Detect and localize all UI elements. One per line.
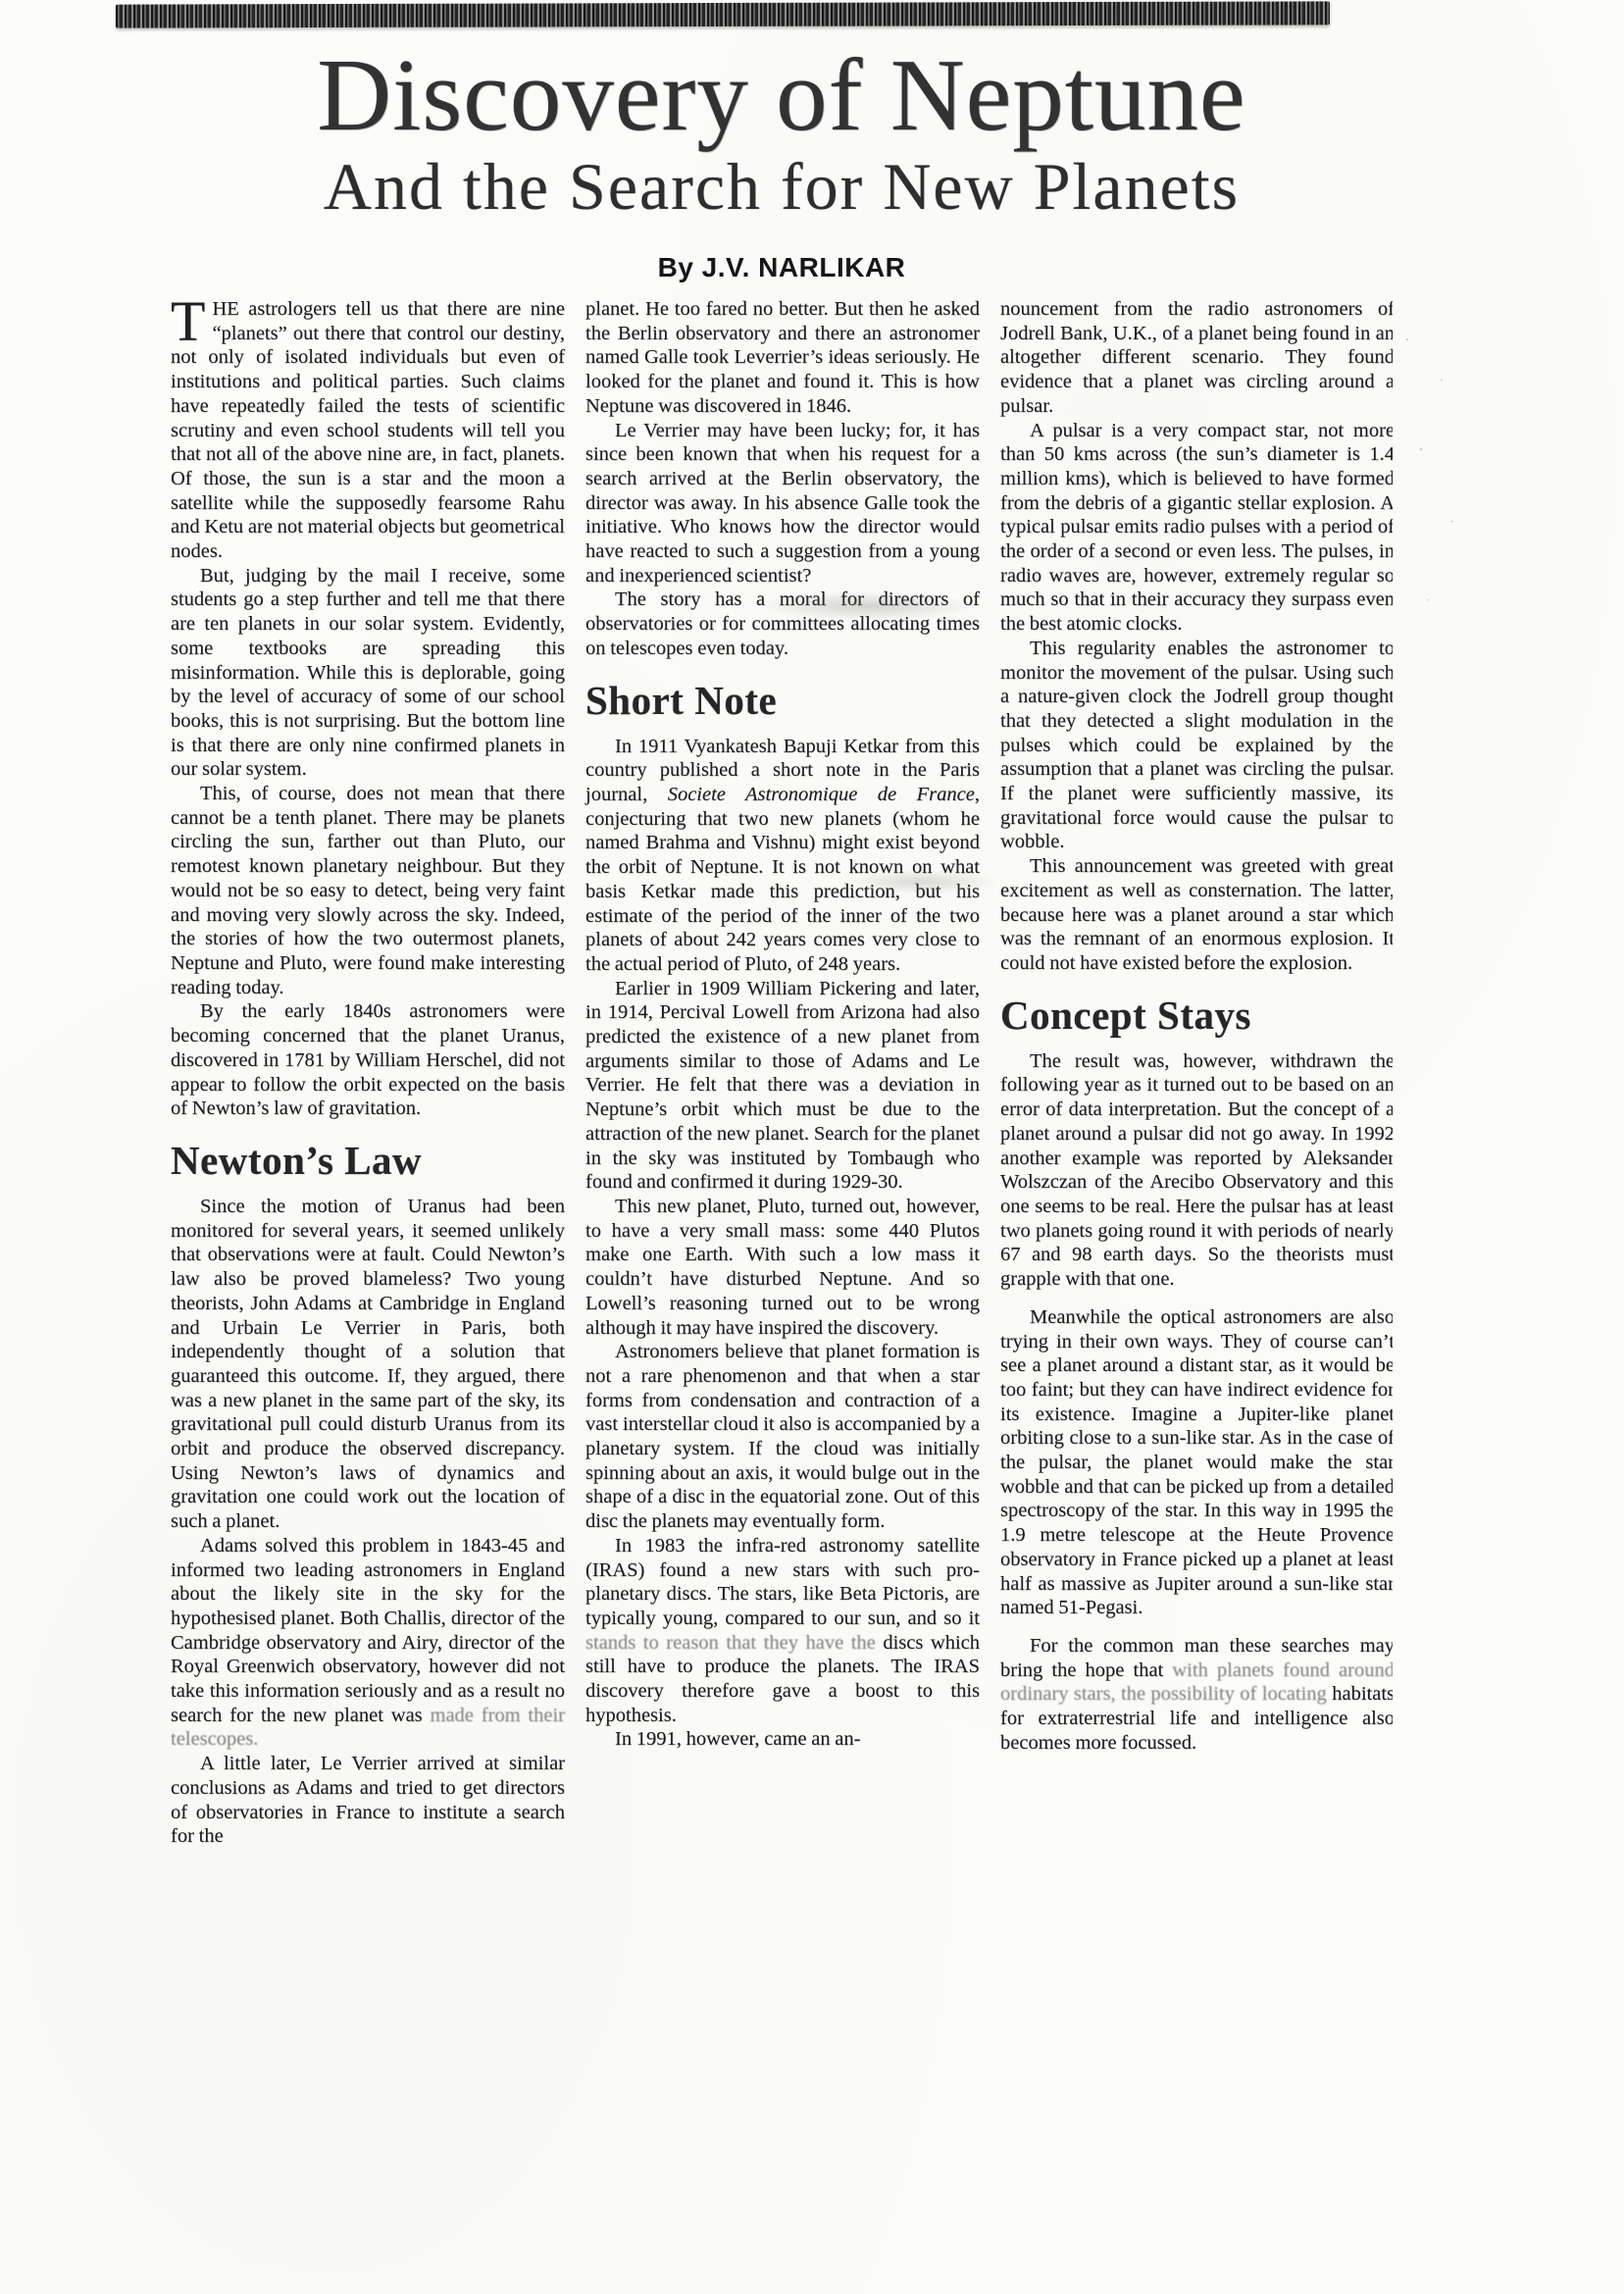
text-run: Meanwhile the optical astronomers are al… (1000, 1306, 1393, 1618)
article-title-line2: And the Search for New Planets (171, 152, 1393, 222)
paragraph: This announcement was greeted with great… (1000, 854, 1393, 976)
paragraph: For the common man these searches may br… (1000, 1634, 1393, 1756)
paragraph: By the early 1840s astronomers were beco… (171, 999, 565, 1121)
text-run: nouncement from the radio astronomers of… (1000, 298, 1393, 417)
text-run: In 1991, however, came an an- (615, 1728, 860, 1750)
paragraph: In 1911 Vyankatesh Bapuji Ketkar from th… (585, 735, 980, 977)
paragraph: Since the motion of Uranus had been moni… (171, 1195, 565, 1534)
paragraph: This new planet, Pluto, turned out, howe… (585, 1195, 980, 1340)
text-run: The story has a moral for directors of o… (585, 588, 980, 658)
scanned-newspaper-page: Discovery of Neptune And the Search for … (0, 0, 1624, 2294)
article-title-line1: Discovery of Neptune (171, 41, 1393, 148)
paragraph: But, judging by the mail I receive, some… (171, 564, 565, 782)
paragraph: The result was, however, withdrawn the f… (1000, 1049, 1393, 1292)
paragraph: Le Verrier may have been lucky; for, it … (585, 419, 980, 588)
text-run: HE astrologers tell us that there are ni… (171, 298, 565, 562)
paragraph: Adams solved this problem in 1843-45 and… (171, 1534, 565, 1752)
text-run: The result was, however, withdrawn the f… (1000, 1050, 1393, 1290)
text-run: Adams solved this problem in 1843-45 and… (171, 1535, 565, 1726)
section-heading: Short Note (585, 679, 980, 723)
paragraph: A little later, Le Verrier arrived at si… (171, 1752, 565, 1849)
paragraph: A pulsar is a very compact star, not mor… (1000, 419, 1393, 637)
article-columns: THE astrologers tell us that there are n… (171, 297, 1393, 2294)
masthead: Discovery of Neptune And the Search for … (171, 41, 1393, 283)
text-run: stands to reason that they have the (585, 1632, 876, 1654)
scan-edge-artifact (116, 1, 1330, 27)
paragraph: planet. He too fared no better. But then… (585, 297, 980, 419)
paragraph: The story has a moral for directors of o… (585, 587, 980, 660)
drop-cap: T (171, 297, 212, 343)
section-heading: Concept Stays (1000, 994, 1393, 1038)
paragraph: Astronomers believe that planet formatio… (585, 1340, 980, 1534)
text-run: This new planet, Pluto, turned out, howe… (585, 1196, 980, 1339)
paragraph: In 1991, however, came an an- (585, 1727, 980, 1752)
paragraph: Meanwhile the optical astronomers are al… (1000, 1305, 1393, 1620)
byline: By J.V. NARLIKAR (171, 252, 1393, 283)
text-run: This regularity enables the astronomer t… (1000, 637, 1393, 853)
paragraph: nouncement from the radio astronomers of… (1000, 297, 1393, 419)
text-run: By the early 1840s astronomers were beco… (171, 1000, 565, 1119)
scan-speckles (1400, 324, 1469, 637)
paragraph: In 1983 the infra-red astronomy satellit… (585, 1534, 980, 1728)
text-run: A pulsar is a very compact star, not mor… (1000, 420, 1393, 636)
text-run: In 1983 the infra-red astronomy satellit… (585, 1535, 980, 1629)
text-run: Since the motion of Uranus had been moni… (171, 1196, 565, 1532)
text-run: But, judging by the mail I receive, some… (171, 565, 565, 781)
paragraph: THE astrologers tell us that there are n… (171, 297, 565, 564)
paragraph: This regularity enables the astronomer t… (1000, 637, 1393, 854)
paragraph: This, of course, does not mean that ther… (171, 782, 565, 999)
text-run: Earlier in 1909 William Pickering and la… (585, 978, 980, 1194)
article-column: nouncement from the radio astronomers of… (1000, 297, 1393, 2294)
text-run: Le Verrier may have been lucky; for, it … (585, 420, 980, 586)
text-run: Societe Astronomique de France (668, 784, 975, 805)
text-run: , conjecturing that two new planets (who… (585, 784, 980, 975)
article-column: THE astrologers tell us that there are n… (171, 297, 565, 2294)
text-run: This announcement was greeted with great… (1000, 855, 1393, 974)
paragraph: Earlier in 1909 William Pickering and la… (585, 977, 980, 1195)
text-run: Astronomers believe that planet formatio… (585, 1341, 980, 1532)
text-run: planet. He too fared no better. But then… (585, 298, 980, 417)
article-column: planet. He too fared no better. But then… (585, 297, 980, 2294)
text-run: A little later, Le Verrier arrived at si… (171, 1753, 565, 1847)
section-heading: Newton’s Law (171, 1139, 565, 1183)
text-run: This, of course, does not mean that ther… (171, 783, 565, 998)
